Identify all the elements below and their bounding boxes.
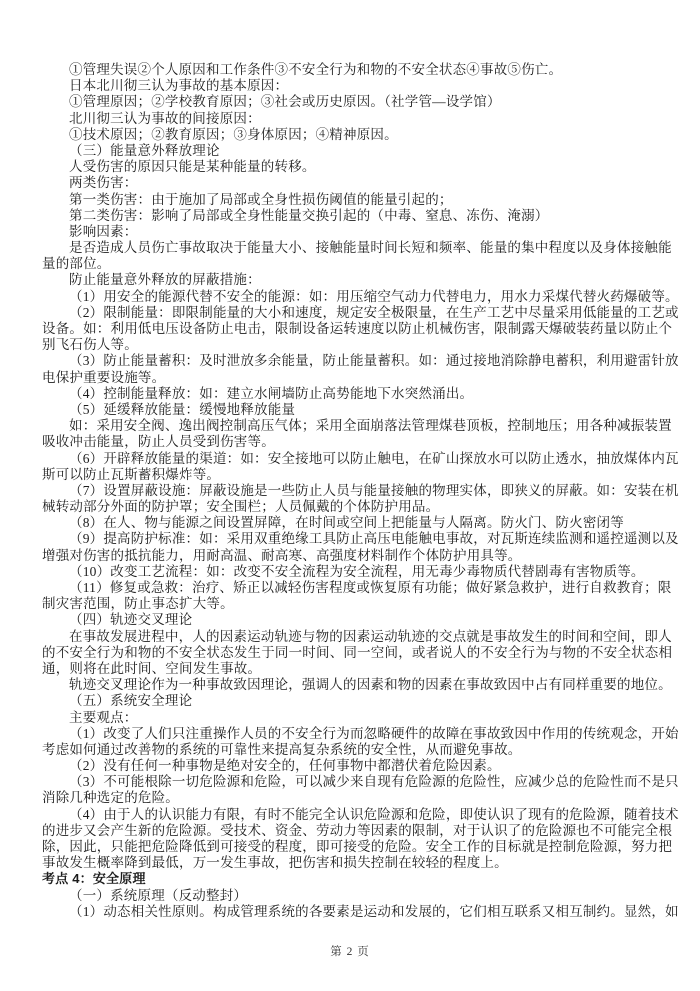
text-line: 是否造成人员伤亡事故取决于能量大小、接触能量时间长短和频率、能量的集中程度以及身…: [42, 240, 664, 256]
document-page: ①管理失误②个人原因和工作条件③不安全行为和物的不安全状态④事故⑤伤亡。日本北川…: [0, 0, 700, 991]
text-line: 防止能量意外释放的屏蔽措施：: [42, 272, 664, 288]
text-line: （1）动态相关性原则。构成管理系统的各要素是运动和发展的，它们相互联系又相互制约…: [42, 904, 664, 920]
text-line: （2）没有任何一种事物是绝对安全的，任何事物中都潜伏着危险因素。: [42, 758, 664, 774]
text-line: （4）控制能量释放：如：建立水闸墙防止高势能地下水突然涌出。: [42, 386, 664, 402]
text-line: 考虑如何通过改善物的系统的可靠性来提高复杂系统的安全性，从而避免事故。: [42, 742, 664, 758]
text-line: 制灾害范围，防止事态扩大等。: [42, 596, 664, 612]
text-line: 北川彻三认为事故的间接原因：: [42, 111, 664, 127]
text-line: （9）提高防护标准：如：采用双重绝缘工具防止高压电能触电事故，对瓦斯连续监测和遥…: [42, 531, 664, 547]
text-line: 通，则将在此时间、空间发生事故。: [42, 661, 664, 677]
text-line: 增强对伤害的抵抗能力，用耐高温、耐高寒、高强度材料制作个体防护用具等。: [42, 548, 664, 564]
text-line: （1）改变了人们只注重操作人员的不安全行为而忽略硬件的故障在事故致因中作用的传统…: [42, 726, 664, 742]
text-line: 除，因此，只能把危险降低到可接受的程度，即可接受的危险。安全工作的目标就是控制危…: [42, 839, 664, 855]
text-line: （6）开辟释放能量的渠道：如：安全接地可以防止触电，在矿山探放水可以防止透水，抽…: [42, 451, 664, 467]
text-line: 轨迹交叉理论作为一种事故致因理论，强调人的因素和物的因素在事故致因中占有同样重要…: [42, 677, 664, 693]
text-line: （2）限制能量：即限制能量的大小和速度，规定安全极限量，在生产工艺中尽量采用低能…: [42, 305, 664, 321]
page-number: 第 2 页: [0, 943, 700, 959]
text-line: 在事故发展进程中，人的因素运动轨迹与物的因素运动轨迹的交点就是事故发生的时间和空…: [42, 629, 664, 645]
text-line: （10）改变工艺流程：如：改变不安全流程为安全流程，用无毒少毒物质代替剧毒有害物…: [42, 564, 664, 580]
text-line: （3）不可能根除一切危险源和危险，可以减少来自现有危险源的危险性，应减少总的危险…: [42, 774, 664, 790]
document-body: ①管理失误②个人原因和工作条件③不安全行为和物的不安全状态④事故⑤伤亡。日本北川…: [42, 62, 664, 920]
section-heading: 考点 4：安全原理: [42, 871, 664, 887]
text-line: （1）用安全的能源代替不安全的能源：如：用压缩空气动力代替电力，用水力采煤代替火…: [42, 289, 664, 305]
text-line: 的进步又会产生新的危险源。受技术、资金、劳动力等因素的限制，对于认识了的危险源也…: [42, 823, 664, 839]
text-line: （4）由于人的认识能力有限，有时不能完全认识危险源和危险，即使认识了现有的危险源…: [42, 807, 664, 823]
text-line: （5）延缓释放能量：缓慢地释放能量: [42, 402, 664, 418]
text-line: 吸收冲击能量，防止人员受到伤害等。: [42, 434, 664, 450]
text-line: 主要观点：: [42, 710, 664, 726]
text-line: 事故发生概率降到最低，万一发生事故，把伤害和损失控制在较轻的程度上。: [42, 855, 664, 871]
text-line: 影响因素：: [42, 224, 664, 240]
text-line: （8）在人、物与能源之间设置屏障，在时间或空间上把能量与人隔离。防火门、防火密闭…: [42, 515, 664, 531]
text-line: 电保护重要设施等。: [42, 370, 664, 386]
text-line: （11）修复或急救：治疗、矫正以减轻伤害程度或恢复原有功能；做好紧急救护，进行自…: [42, 580, 664, 596]
text-line: 人受伤害的原因只能是某种能量的转移。: [42, 159, 664, 175]
text-line: ①技术原因；②教育原因；③身体原因；④精神原因。: [42, 127, 664, 143]
text-line: 第一类伤害：由于施加了局部或全身性损伤阈值的能量引起的；: [42, 192, 664, 208]
text-line: 如：采用安全阀、逸出阀控制高压气体；采用全面崩落法管理煤巷顶板，控制地压；用各种…: [42, 418, 664, 434]
text-line: 械转动部分外面的防护罩；安全围栏；人员佩戴的个体防护用品。: [42, 499, 664, 515]
text-line: 别飞石伤人等。: [42, 337, 664, 353]
text-line: （五）系统安全理论: [42, 693, 664, 709]
text-line: 日本北川彻三认为事故的基本原因：: [42, 78, 664, 94]
text-line: 两类伤害：: [42, 175, 664, 191]
text-line: （3）防止能量蓄积：及时泄放多余能量，防止能量蓄积。如：通过接地消除静电蓄积，利…: [42, 353, 664, 369]
text-line: （7）设置屏蔽设施：屏蔽设施是一些防止人员与能量接触的物理实体，即狭义的屏蔽。如…: [42, 483, 664, 499]
text-line: （三）能量意外释放理论: [42, 143, 664, 159]
text-line: 斯可以防止瓦斯蓄积爆炸等。: [42, 467, 664, 483]
text-line: ①管理失误②个人原因和工作条件③不安全行为和物的不安全状态④事故⑤伤亡。: [42, 62, 664, 78]
text-line: （一）系统原理（反动整封）: [42, 888, 664, 904]
text-line: 设备。如：利用低电压设备防止电击，限制设备运转速度以防止机械伤害，限制露天爆破装…: [42, 321, 664, 337]
text-line: 第二类伤害：影响了局部或全身性能量交换引起的（中毒、窒息、冻伤、淹溺）: [42, 208, 664, 224]
text-line: 消除几种选定的危险。: [42, 790, 664, 806]
text-line: 量的部位。: [42, 256, 664, 272]
text-line: ①管理原因；②学校教育原因；③社会或历史原因。（社学管—设学馆）: [42, 94, 664, 110]
text-line: （四）轨迹交叉理论: [42, 612, 664, 628]
text-line: 的不安全行为和物的不安全状态发生于同一时间、同一空间，或者说人的不安全行为与物的…: [42, 645, 664, 661]
